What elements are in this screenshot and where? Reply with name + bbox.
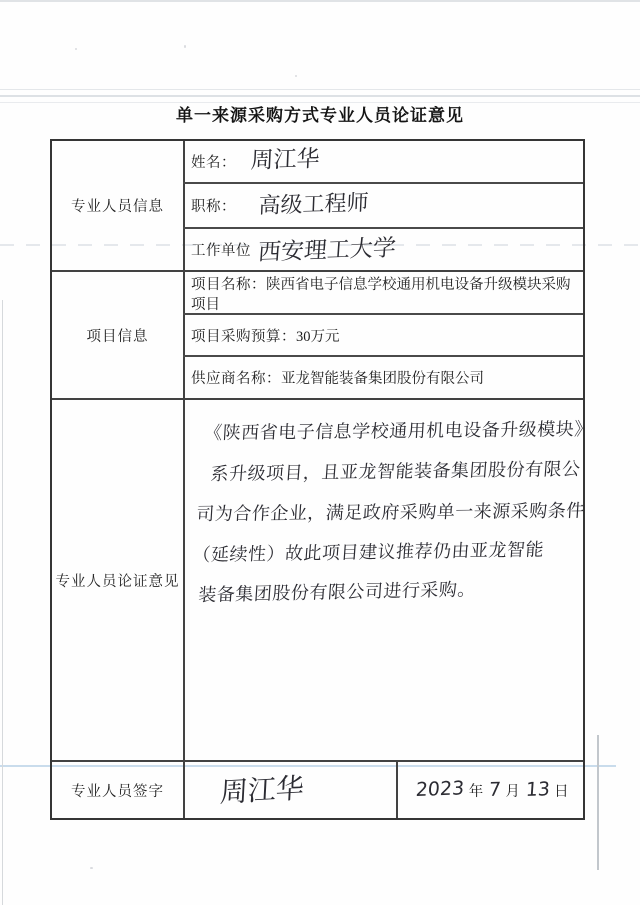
row-label-opinion: 专业人员论证意见 (52, 400, 183, 760)
field-project-budget: 项目采购预算： 30万元 (185, 315, 583, 355)
scan-speck (90, 867, 93, 869)
document-title: 单一来源采购方式专业人员论证意见 (0, 101, 640, 126)
certification-table: 专业人员信息 项目信息 专业人员论证意见 专业人员签字 姓名： 周江华 职称： … (50, 139, 585, 820)
scan-artifact-top-edge (0, 0, 640, 2)
handwritten-employer: 西安理工大学 (257, 229, 397, 267)
year-unit-label: 年 (469, 780, 484, 801)
opinion-handwritten-line: （延续性）故此项目建议推荐仍由亚龙智能 (191, 530, 545, 576)
day-unit-label: 日 (554, 780, 569, 801)
scan-speck (184, 45, 186, 48)
field-project-name: 项目名称：陕西省电子信息学校通用机电设备升级模块采购项目 (185, 272, 583, 313)
scan-speck (295, 75, 297, 77)
field-supplier-name: 供应商名称： 亚龙智能装备集团股份有限公司 (185, 357, 583, 398)
handwritten-year: 2023 (415, 777, 465, 801)
scanned-document-page: 单一来源采购方式专业人员论证意见 专业人员信息 项目信息 专业人员论证意见 专业… (0, 0, 640, 905)
handwritten-job-title: 高级工程师 (258, 186, 369, 220)
opinion-handwritten-line: 装备集团股份有限公司进行采购。 (197, 570, 477, 616)
employer-label: 工作单位 (191, 239, 251, 260)
field-employer: 工作单位 西安理工大学 (185, 229, 583, 270)
handwritten-day: 13 (525, 778, 551, 801)
field-name: 姓名： 周江华 (185, 141, 583, 182)
row-label-personnel-info: 专业人员信息 (52, 141, 183, 270)
handwritten-signature: 周江华 (219, 766, 305, 811)
handwritten-name: 周江华 (250, 140, 320, 175)
month-unit-label: 月 (505, 780, 520, 801)
scan-artifact-band (0, 95, 640, 97)
name-label: 姓名： (191, 151, 236, 172)
supplier-name-label: 供应商名称： (191, 367, 281, 388)
scan-speck (75, 48, 77, 50)
field-job-title: 职称： 高级工程师 (185, 184, 583, 227)
row-label-project-info: 项目信息 (52, 272, 183, 398)
field-signature: 周江华 (185, 762, 396, 818)
field-opinion: 《陕西省电子信息学校通用机电设备升级模块》 系升级项目，且亚龙智能装备集团股份有… (185, 400, 583, 760)
job-title-label: 职称： (191, 195, 236, 216)
scan-artifact-page-edge-left (2, 300, 3, 905)
project-budget-value: 30万元 (296, 325, 340, 346)
scan-artifact-page-edge-right (597, 735, 599, 870)
project-name-label: 项目名称： (191, 277, 266, 293)
supplier-name-value: 亚龙智能装备集团股份有限公司 (281, 367, 484, 388)
scan-artifact-band (0, 89, 640, 90)
opinion-handwritten-line: 司为合作企业，满足政府采购单一来源采购条件 (195, 492, 586, 536)
handwritten-month: 7 (488, 779, 502, 801)
opinion-handwritten-line: 系升级项目，且亚龙智能装备集团股份有限公 (209, 449, 582, 495)
opinion-handwritten-line: 《陕西省电子信息学校通用机电设备升级模块》 (203, 410, 594, 455)
field-date: 2023 年 7 月 13 日 (398, 762, 583, 818)
row-label-signature: 专业人员签字 (52, 762, 183, 818)
project-budget-label: 项目采购预算： (191, 325, 296, 346)
